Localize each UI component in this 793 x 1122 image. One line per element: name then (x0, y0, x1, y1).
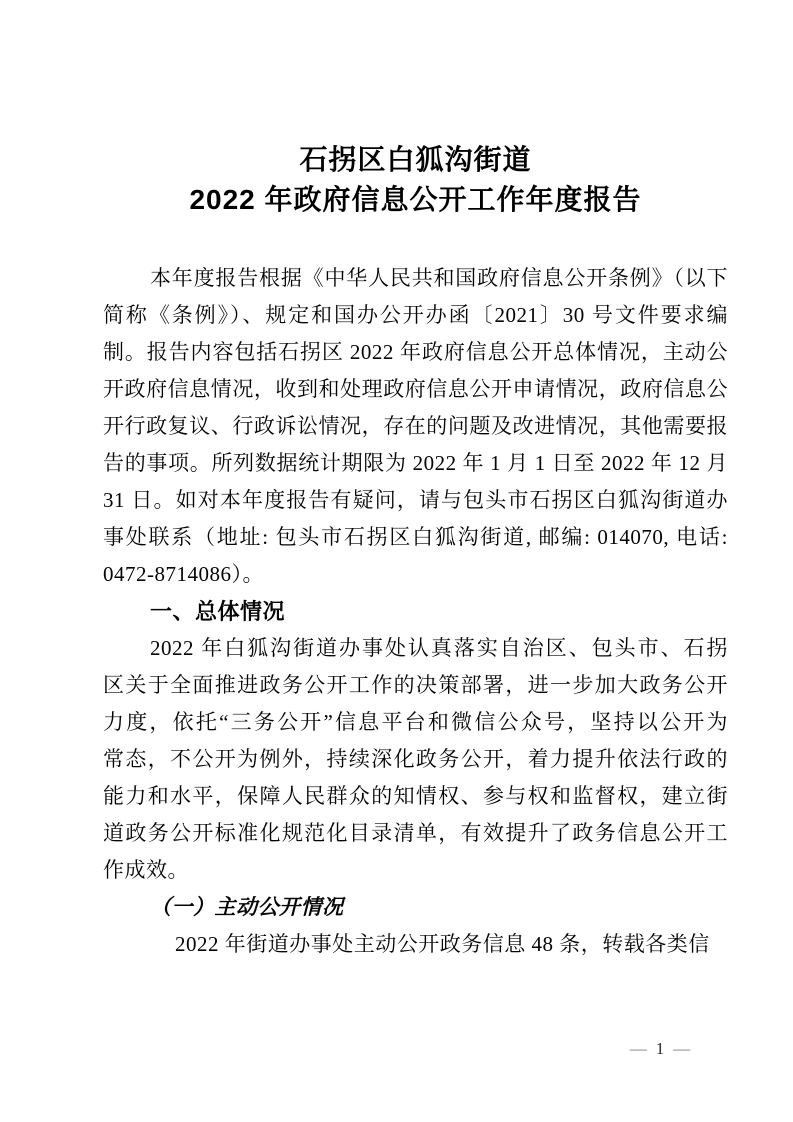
title-line-2: 2022 年政府信息公开工作年度报告 (103, 180, 728, 220)
body-line: 2022 年白狐沟街道办事处认真落实自治区、包头市、石拐 (103, 630, 728, 667)
section-heading: 一、总体情况 (103, 593, 728, 630)
document-page: 石拐区白狐沟街道 2022 年政府信息公开工作年度报告 本年度报告根据《中华人民… (0, 0, 793, 1122)
document-body: 本年度报告根据《中华人民共和国政府信息公开条例》（以下 简称《条例》）、规定和国… (103, 260, 728, 963)
body-line: 区关于全面推进政务公开工作的决策部署，进一步加大政务公开 (103, 667, 728, 704)
document-title: 石拐区白狐沟街道 2022 年政府信息公开工作年度报告 (103, 140, 728, 220)
body-line: 0472-8714086）。 (103, 556, 728, 593)
body-line: 开行政复议、行政诉讼情况，存在的问题及改进情况，其他需要报 (103, 408, 728, 445)
body-line: 道政务公开标准化规范化目录清单，有效提升了政务信息公开工 (103, 815, 728, 852)
body-line: 能力和水平，保障人民群众的知情权、参与权和监督权，建立街 (103, 778, 728, 815)
subsection-heading: （一）主动公开情况 (103, 889, 728, 926)
body-line: 31 日。如对本年度报告有疑问，请与包头市石拐区白狐沟街道办 (103, 482, 728, 519)
body-line: 简称《条例》）、规定和国办公开办函〔2021〕30 号文件要求编 (103, 297, 728, 334)
body-line: 2022 年街道办事处主动公开政务信息 48 条，转载各类信 (103, 926, 728, 963)
page-number-value: 1 (656, 1039, 665, 1058)
body-line: 事处联系（地址: 包头市石拐区白狐沟街道, 邮编: 014070, 电话: (103, 519, 728, 556)
body-line: 力度，依托“三务公开”信息平台和微信公众号，坚持以公开为 (103, 704, 728, 741)
body-line: 常态，不公开为例外，持续深化政务公开，着力提升依法行政的 (103, 741, 728, 778)
body-line: 本年度报告根据《中华人民共和国政府信息公开条例》（以下 (103, 260, 728, 297)
body-line: 开政府信息情况，收到和处理政府信息公开申请情况，政府信息公 (103, 371, 728, 408)
body-line: 作成效。 (103, 852, 728, 889)
title-line-1: 石拐区白狐沟街道 (103, 140, 728, 180)
body-line: 制。报告内容包括石拐区 2022 年政府信息公开总体情况，主动公 (103, 334, 728, 371)
page-number-dash-left: — (630, 1039, 647, 1058)
body-line: 告的事项。所列数据统计期限为 2022 年 1 月 1 日至 2022 年 12… (103, 445, 728, 482)
page-number-dash-right: — (673, 1039, 690, 1058)
page-number: —1— (595, 1038, 725, 1060)
